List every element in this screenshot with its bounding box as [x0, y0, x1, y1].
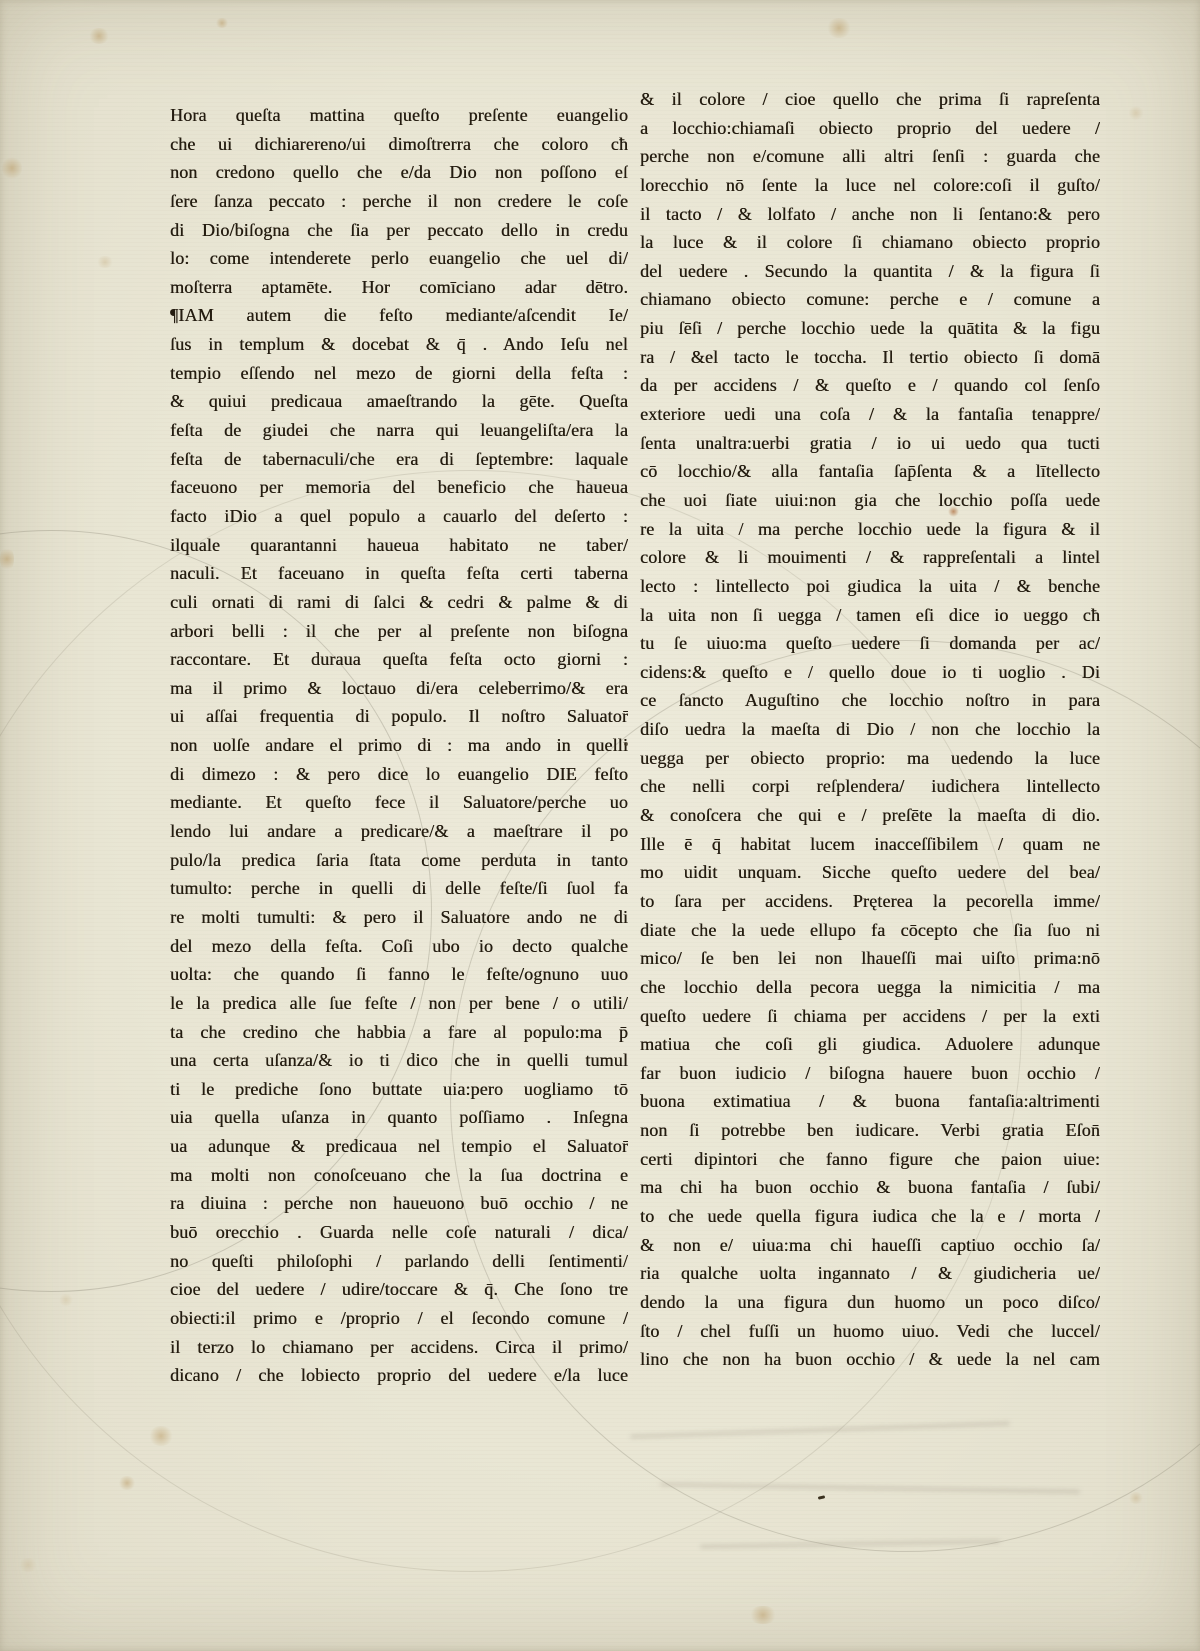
text-line: Ille ē q̄ habitat lucem inacceſſibilem /…: [640, 830, 1100, 859]
text-line: pulo/la predica ſaria ſtata come perduta…: [170, 846, 628, 875]
text-line: to ſara per accidens. Pręterea la pecore…: [640, 887, 1100, 916]
stain: [88, 28, 110, 44]
showthrough-mark: [630, 1421, 1010, 1438]
text-line: dicano / che lobiecto proprio del uedere…: [170, 1361, 628, 1390]
text-line: ra diuina : perche non haueuono buō occh…: [170, 1189, 628, 1218]
text-line: ſus in templum & docebat & q̄ . Ando Ieſ…: [170, 330, 628, 359]
text-line: tumulto: perche in quelli di delle feſte…: [170, 874, 628, 903]
showthrough-mark: [660, 1482, 1080, 1493]
text-line: mico/ ſe ben lei non lhaueſſi mai uiſto …: [640, 944, 1100, 973]
text-line: arbori belli : il che per al preſente no…: [170, 617, 628, 646]
text-line: facto iDio a quel populo a cauarlo del d…: [170, 502, 628, 531]
text-column-right: & il colore / cioe quello che prima ſi r…: [640, 85, 1100, 1374]
text-column-left: Hora queſta mattina queſto preſente euan…: [170, 101, 628, 1390]
stain: [118, 1476, 136, 1490]
text-line: uia quella uſanza in quanto poſſiamo . I…: [170, 1103, 628, 1132]
text-line: il tacto / & lolfato / anche non li ſent…: [640, 200, 1100, 229]
stain: [1128, 1492, 1144, 1504]
text-line: re molti tumulti: & pero il Saluatore an…: [170, 903, 628, 932]
text-line: non ſi potrebbe ben iudicare. Verbi grat…: [640, 1116, 1100, 1145]
text-line: re la uita / ma perche locchio uede la f…: [640, 515, 1100, 544]
text-line: a locchio:chiamaſi obiecto proprio del u…: [640, 114, 1100, 143]
text-line: ma il primo & loctauo di/era celeberrimo…: [170, 674, 628, 703]
text-line: Hora queſta mattina queſto preſente euan…: [170, 101, 628, 130]
text-line: dendo la una figura dun huomo un poco di…: [640, 1288, 1100, 1317]
text-line: che uoi ſiate uiui:non gia che locchio p…: [640, 486, 1100, 515]
stain: [826, 18, 852, 38]
text-line: il terzo lo chiamano per accidens. Circa…: [170, 1333, 628, 1362]
text-line: che locchio della pecora uegga la nimici…: [640, 973, 1100, 1002]
text-line: mediante. Et queſto fece il Saluatore/pe…: [170, 788, 628, 817]
text-line: far buon iudicio / biſogna hauere buon o…: [640, 1059, 1100, 1088]
stain: [1128, 106, 1144, 120]
book-page: Hora queſta mattina queſto preſente euan…: [0, 0, 1200, 1651]
text-line: certi dipintori che fanno figure che pai…: [640, 1145, 1100, 1174]
text-line: ti le prediche ſono buttate uia:pero uog…: [170, 1075, 628, 1104]
text-line: cō locchio/& alla fantaſia ſap̄ſenta & a…: [640, 457, 1100, 486]
text-line: piu ſēſi / perche locchio uede la quātit…: [640, 314, 1100, 343]
text-line: lendo lui andare a predicare/& a maeſtra…: [170, 817, 628, 846]
showthrough-mark: [700, 1539, 1000, 1548]
text-line: naculi. Et faceuano in queſta feſta cert…: [170, 559, 628, 588]
text-line: tempio eſſendo nel mezo de giorni della …: [170, 359, 628, 388]
stain: [148, 1426, 174, 1446]
text-line: uolta: che quando ſi fanno le feſte/ognu…: [170, 960, 628, 989]
text-line: cidens:& queſto e / quello doue io ti uo…: [640, 658, 1100, 687]
text-line: buona extimatiua / & buona fantaſia:altr…: [640, 1087, 1100, 1116]
text-line: ce ſancto Auguſtino che locchio noſtro i…: [640, 686, 1100, 715]
text-line: ta che credino che habbia a fare al popu…: [170, 1018, 628, 1047]
text-line: ¶IAM autem die feſto mediante/aſcendit I…: [170, 301, 628, 330]
text-line: lecto : lintellecto poi giudica la uita …: [640, 572, 1100, 601]
text-line: ſere ſanza peccato : perche il non crede…: [170, 187, 628, 216]
text-line: feſta de tabernaculi/che era di ſeptembr…: [170, 445, 628, 474]
text-line: exteriore uedi una coſa / & la fantaſia …: [640, 400, 1100, 429]
text-line: & quiui predicaua amaeſtrando la gēte. Q…: [170, 387, 628, 416]
text-line: non credono quello che e/da Dio non poſſ…: [170, 158, 628, 187]
text-line: to che uede quella figura iudica che la …: [640, 1202, 1100, 1231]
text-line: obiecti:il primo e /proprio / el ſecondo…: [170, 1304, 628, 1333]
text-line: lino che non ha buon occhio / & uede la …: [640, 1345, 1100, 1374]
stain: [58, 1294, 74, 1306]
text-line: diate che la uede ellupo fa cōcepto che …: [640, 916, 1100, 945]
text-line: queſto uedere ſi chiama per accidens / p…: [640, 1002, 1100, 1031]
text-line: la uita non ſi uegga / tamen eſi dice io…: [640, 601, 1100, 630]
text-line: culi ornati di rami di ſalci & cedri & p…: [170, 588, 628, 617]
text-line: le la predica alle ſue feſte / non per b…: [170, 989, 628, 1018]
text-line: che nelli corpi reſplendera/ iudichera l…: [640, 772, 1100, 801]
text-line: ma chi ha buon occhio & buona fantaſia /…: [640, 1173, 1100, 1202]
stain: [18, 1558, 38, 1572]
text-line: ui aſſai frequentia di populo. Il noſtro…: [170, 702, 628, 731]
text-line: buō orecchio . Guarda nelle coſe natural…: [170, 1218, 628, 1247]
text-line: colore & li mouimenti / & rappreſentali …: [640, 543, 1100, 572]
stain: [96, 256, 114, 268]
text-line: mo uidit unquam. Sicche queſto uedere de…: [640, 858, 1100, 887]
stain: [215, 18, 229, 28]
text-line: diſo uedra la maeſta di Dio / non che lo…: [640, 715, 1100, 744]
text-line: lo: come intenderete perlo euangelio che…: [170, 244, 628, 273]
text-line: ria qualche uolta ingannato / & giudiche…: [640, 1259, 1100, 1288]
text-line: del mezo della feſta. Coſi ubo io decto …: [170, 932, 628, 961]
text-line: di Dio/biſogna che ſia per peccato dello…: [170, 216, 628, 245]
text-line: che ui dichiarereno/ui dimoſtrerra che c…: [170, 130, 628, 159]
text-line: di dimezo : & pero dice lo euangelio DIE…: [170, 760, 628, 789]
ink-speck: [818, 1495, 825, 1499]
text-line: ua adunque & predicaua nel tempio el Sal…: [170, 1132, 628, 1161]
stain: [2, 156, 22, 180]
text-line: faceuono per memoria del beneficio che h…: [170, 473, 628, 502]
text-line: moſterra aptamēte. Hor comīciano adar dē…: [170, 273, 628, 302]
stain: [0, 546, 14, 572]
text-line: una certa uſanza/& io ti dico che in que…: [170, 1046, 628, 1075]
text-line: feſta de giudei che narra qui leuangeliſ…: [170, 416, 628, 445]
text-line: raccontare. Et duraua queſta feſta octo …: [170, 645, 628, 674]
text-line: non uolſe andare el primo di : ma ando i…: [170, 731, 628, 760]
text-line: matiua che coſi gli giudica. Aduolere ad…: [640, 1030, 1100, 1059]
text-line: lorecchio nō ſente la luce nel colore:co…: [640, 171, 1100, 200]
text-line: tu ſe uiuo:ma queſto uedere ſi domanda p…: [640, 629, 1100, 658]
text-line: uegga per obiecto proprio: ma uedendo la…: [640, 744, 1100, 773]
text-line: no queſti philoſophi / parlando delli ſe…: [170, 1247, 628, 1276]
text-line: da per accidens / & queſto e / quando co…: [640, 371, 1100, 400]
text-line: ſto / chel fuſſi un huomo uiuo. Vedi che…: [640, 1317, 1100, 1346]
text-line: cioe del uedere / udire/toccare & q̄. Ch…: [170, 1275, 628, 1304]
text-line: del uedere . Secundo la quantita / & la …: [640, 257, 1100, 286]
text-line: & il colore / cioe quello che prima ſi r…: [640, 85, 1100, 114]
text-line: ſenta unaltra:uerbi gratia / io ui uedo …: [640, 429, 1100, 458]
text-line: perche non e/comune alli altri ſenſi : g…: [640, 142, 1100, 171]
text-line: ilquale quarantanni haueua habitato ne t…: [170, 531, 628, 560]
text-line: ra / &el tacto le toccha. Il tertio obie…: [640, 343, 1100, 372]
stain: [748, 1606, 778, 1624]
text-line: & conoſcera che qui e / preſēte la maeſt…: [640, 801, 1100, 830]
text-line: chiamano obiecto comune: perche e / comu…: [640, 285, 1100, 314]
text-line: & non e/ uiua:ma chi haueſſi captiuo occ…: [640, 1231, 1100, 1260]
text-line: la luce & il colore ſi chiamano obiecto …: [640, 228, 1100, 257]
text-line: ma molti non conoſceuano che la ſua doct…: [170, 1161, 628, 1190]
